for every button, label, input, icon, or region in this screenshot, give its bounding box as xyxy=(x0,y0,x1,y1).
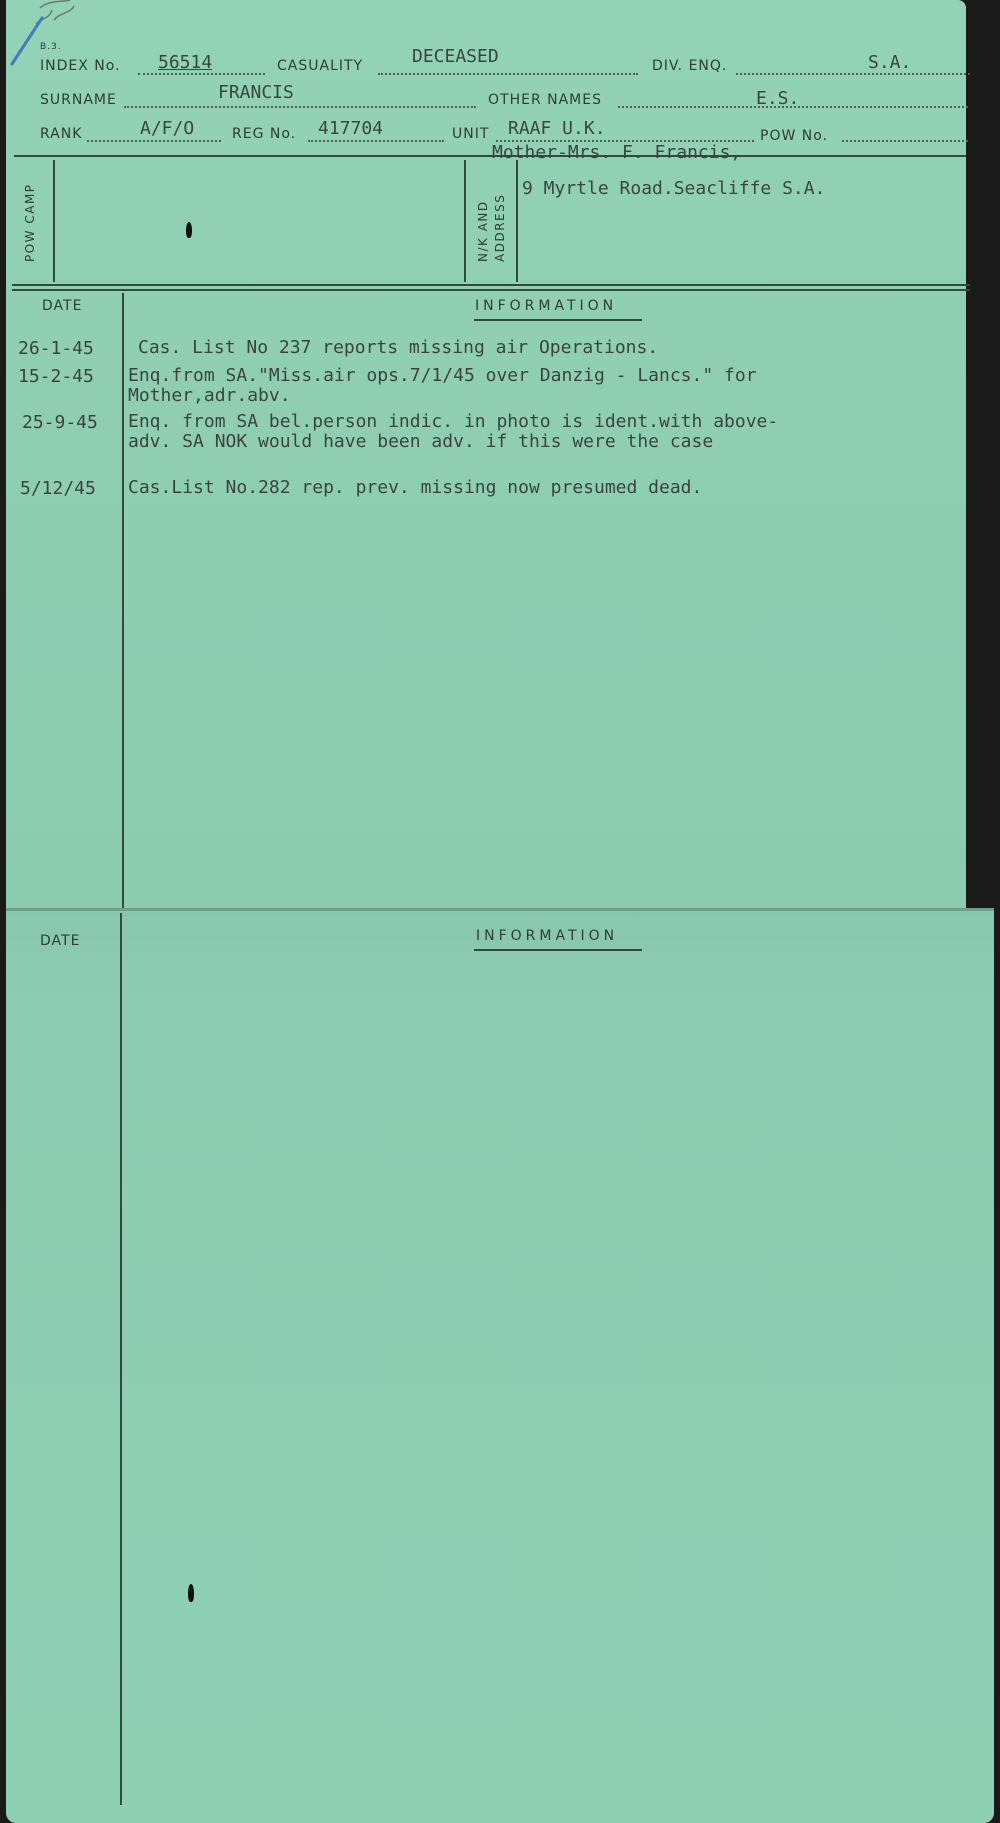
header-divider xyxy=(14,155,966,157)
card-fold-line xyxy=(6,908,994,911)
section-divider-bottom xyxy=(12,289,970,291)
nok-address-line1: Mother-Mrs. F. Francis, xyxy=(492,142,741,163)
other-names-value: E.S. xyxy=(756,88,799,109)
date-column-divider xyxy=(122,293,124,908)
entry-text: Cas.List No.282 rep. prev. missing now p… xyxy=(128,478,702,498)
entry-date: 26-1-45 xyxy=(18,338,94,359)
index-no-line xyxy=(138,73,265,75)
reverse-information-header: INFORMATION xyxy=(476,928,618,944)
rank-value: A/F/O xyxy=(140,118,194,139)
div-enq-label: DIV. ENQ. xyxy=(652,58,727,74)
surname-line xyxy=(124,106,476,108)
entry-date: 5/12/45 xyxy=(20,478,96,499)
information-header: INFORMATION xyxy=(475,298,617,314)
reverse-information-header-underline xyxy=(474,949,642,951)
index-no-value: 56514 xyxy=(158,52,212,73)
casualty-value: DECEASED xyxy=(412,46,499,67)
rank-line xyxy=(87,140,221,142)
nok-right-divider xyxy=(516,160,518,282)
entry-date: 15-2-45 xyxy=(18,366,94,387)
nok-left-divider xyxy=(464,160,466,282)
date-header: DATE xyxy=(42,298,82,314)
entry-date: 25-9-45 xyxy=(22,412,98,433)
unit-value: RAAF U.K. xyxy=(508,118,606,139)
form-code: B.3. xyxy=(40,42,62,52)
pow-no-line xyxy=(842,140,968,142)
reverse-date-column-divider xyxy=(120,913,122,1805)
other-names-label: OTHER NAMES xyxy=(488,92,602,108)
reverse-date-header: DATE xyxy=(40,933,80,949)
nok-label-line1: N/K AND xyxy=(476,200,491,262)
casualty-line xyxy=(378,73,638,75)
punch-hole-lower xyxy=(188,1584,194,1602)
nok-address-line2: 9 Myrtle Road.Seacliffe S.A. xyxy=(522,178,825,199)
pow-camp-divider xyxy=(53,160,55,282)
reg-no-line xyxy=(308,140,444,142)
information-header-underline xyxy=(474,319,642,321)
index-no-label: INDEX No. xyxy=(40,58,121,74)
casualty-label: CASUALITY xyxy=(277,58,363,74)
punch-hole xyxy=(186,222,192,238)
record-card-reverse xyxy=(6,910,994,1823)
unit-label: UNIT xyxy=(452,126,489,142)
div-enq-line xyxy=(736,73,970,75)
surname-label: SURNAME xyxy=(40,92,117,108)
entry-text: Cas. List No 237 reports missing air Ope… xyxy=(138,338,658,358)
entry-text: Enq.from SA."Miss.air ops.7/1/45 over Da… xyxy=(128,366,757,406)
reg-no-label: REG No. xyxy=(232,126,296,142)
section-divider-top xyxy=(12,284,970,286)
rank-label: RANK xyxy=(40,126,82,142)
pow-no-label: POW No. xyxy=(760,128,828,144)
surname-value: FRANCIS xyxy=(218,82,294,103)
reg-no-value: 417704 xyxy=(318,118,383,139)
pow-camp-label: POW CAMP xyxy=(23,183,38,262)
nok-label-line2: ADDRESS xyxy=(493,194,508,262)
entry-text: Enq. from SA bel.person indic. in photo … xyxy=(128,412,778,452)
div-enq-value: S.A. xyxy=(868,52,911,73)
